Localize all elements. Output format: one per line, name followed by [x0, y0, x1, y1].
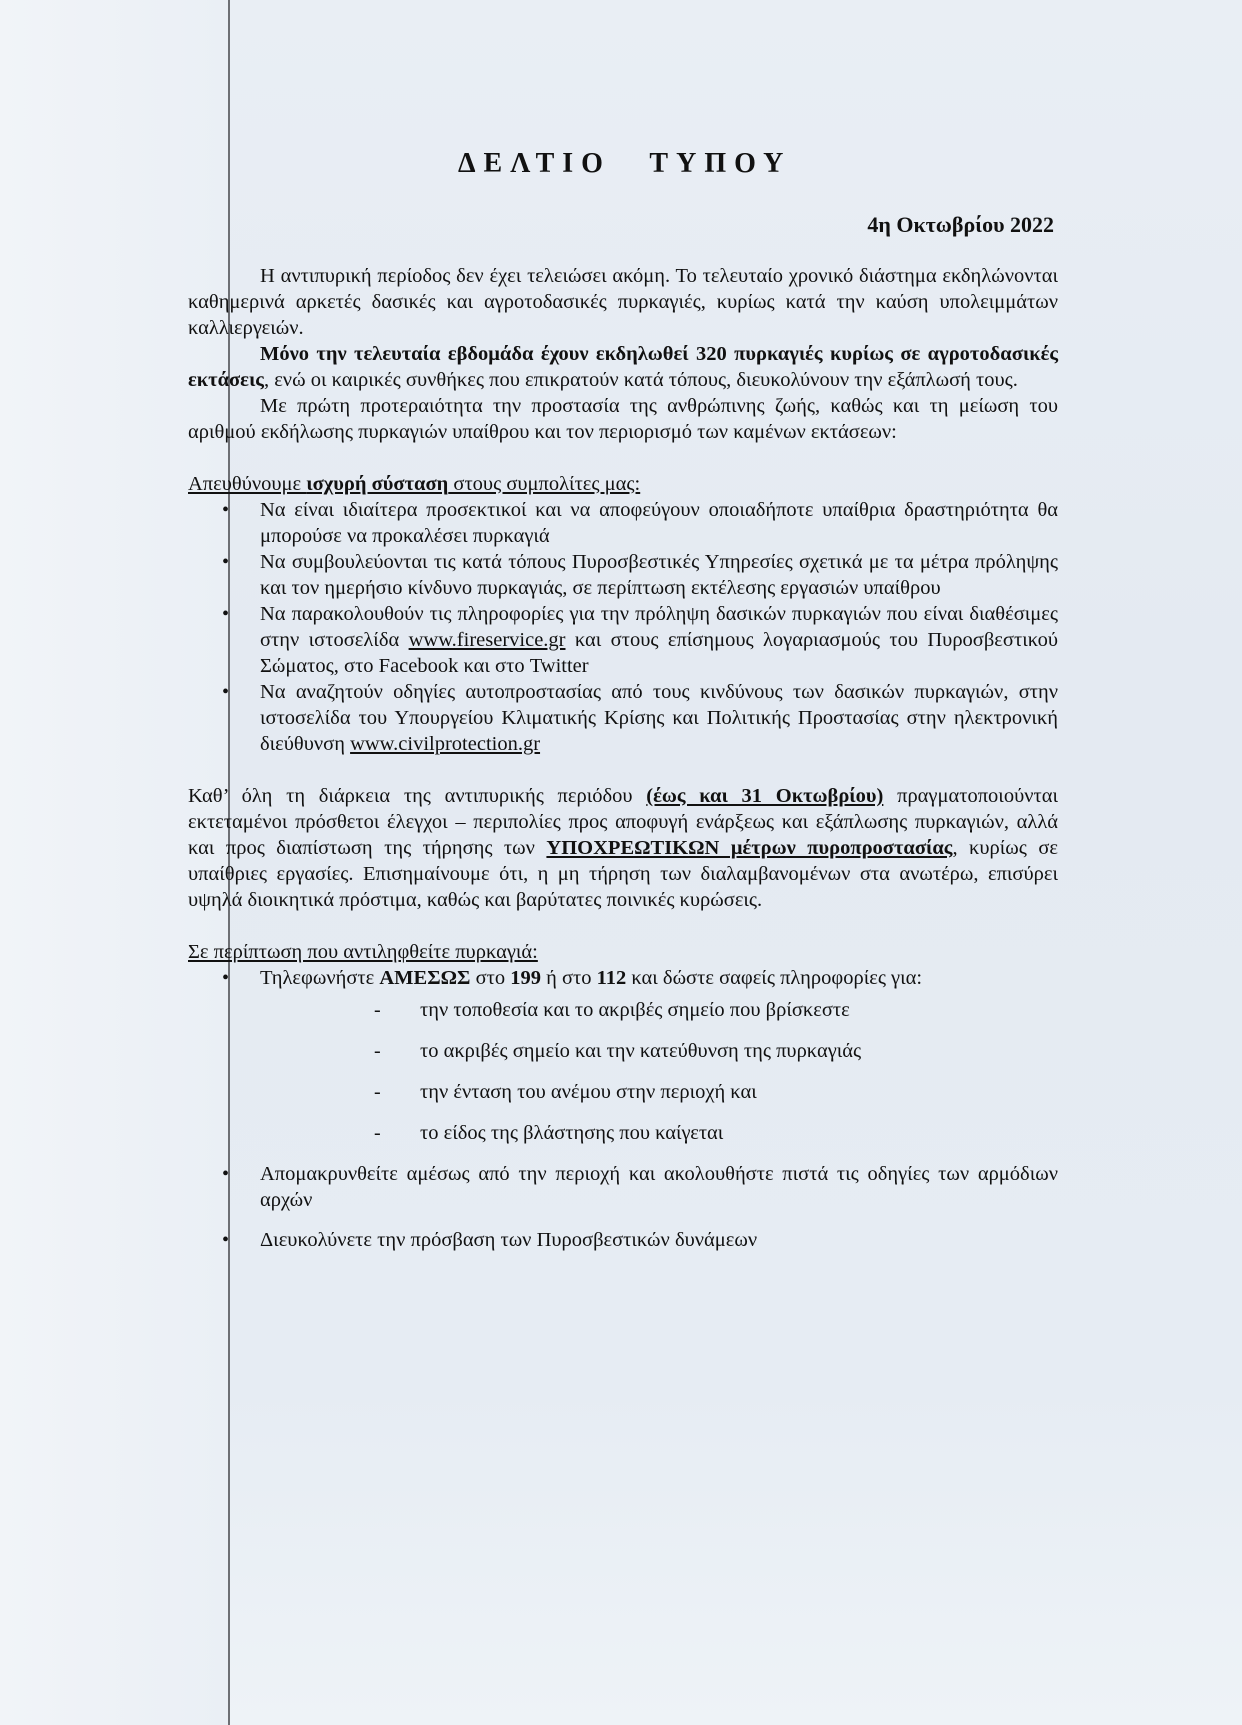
document-body: Η αντιπυρική περίοδος δεν έχει τελειώσει…: [188, 263, 1058, 1253]
list-item: το είδος της βλάστησης που καίγεται: [420, 1120, 1058, 1146]
call-details-list: την τοποθεσία και το ακριβές σημείο που …: [260, 997, 1058, 1146]
list-item: Διευκολύνετε την πρόσβαση των Πυροσβεστι…: [260, 1227, 1058, 1253]
list-item: Τηλεφωνήστε ΑΜΕΣΩΣ στο 199 ή στο 112 και…: [260, 965, 1058, 1146]
intro-paragraph-3: Με πρώτη προτεραιότητα την προστασία της…: [188, 393, 1058, 445]
fire-case-list: Τηλεφωνήστε ΑΜΕΣΩΣ στο 199 ή στο 112 και…: [188, 965, 1058, 1253]
list-item: Να είναι ιδιαίτερα προσεκτικοί και να απ…: [260, 497, 1058, 549]
list-item: το ακριβές σημείο και την κατεύθυνση της…: [420, 1038, 1058, 1064]
recommendation-list: Να είναι ιδιαίτερα προσεκτικοί και να απ…: [188, 497, 1058, 757]
recommendation-heading: Απευθύνουμε ισχυρή σύσταση στους συμπολί…: [188, 471, 1058, 497]
list-item: Να παρακολουθούν τις πληροφορίες για την…: [260, 601, 1058, 679]
civilprotection-link[interactable]: www.civilprotection.gr: [350, 733, 540, 755]
document-title: ΔΕΛΤΙΟ ΤΥΠΟΥ: [458, 148, 791, 180]
list-item: την ένταση του ανέμου στην περιοχή και: [420, 1079, 1058, 1105]
list-item: Να συμβουλεύονται τις κατά τόπους Πυροσβ…: [260, 549, 1058, 601]
list-item: Απομακρυνθείτε αμέσως από την περιοχή κα…: [260, 1161, 1058, 1213]
list-item: Να αναζητούν οδηγίες αυτοπροστασίας από …: [260, 679, 1058, 757]
fireservice-link[interactable]: www.fireservice.gr: [409, 629, 566, 651]
controls-paragraph: Καθ’ όλη τη διάρκεια της αντιπυρικής περ…: [188, 783, 1058, 913]
intro-paragraph-1: Η αντιπυρική περίοδος δεν έχει τελειώσει…: [188, 263, 1058, 341]
document-date: 4η Οκτωβρίου 2022: [867, 212, 1054, 238]
fire-case-heading: Σε περίπτωση που αντιληφθείτε πυρκαγιά:: [188, 939, 1058, 965]
intro-paragraph-2: Μόνο την τελευταία εβδομάδα έχουν εκδηλω…: [188, 341, 1058, 393]
list-item: την τοποθεσία και το ακριβές σημείο που …: [420, 997, 1058, 1023]
